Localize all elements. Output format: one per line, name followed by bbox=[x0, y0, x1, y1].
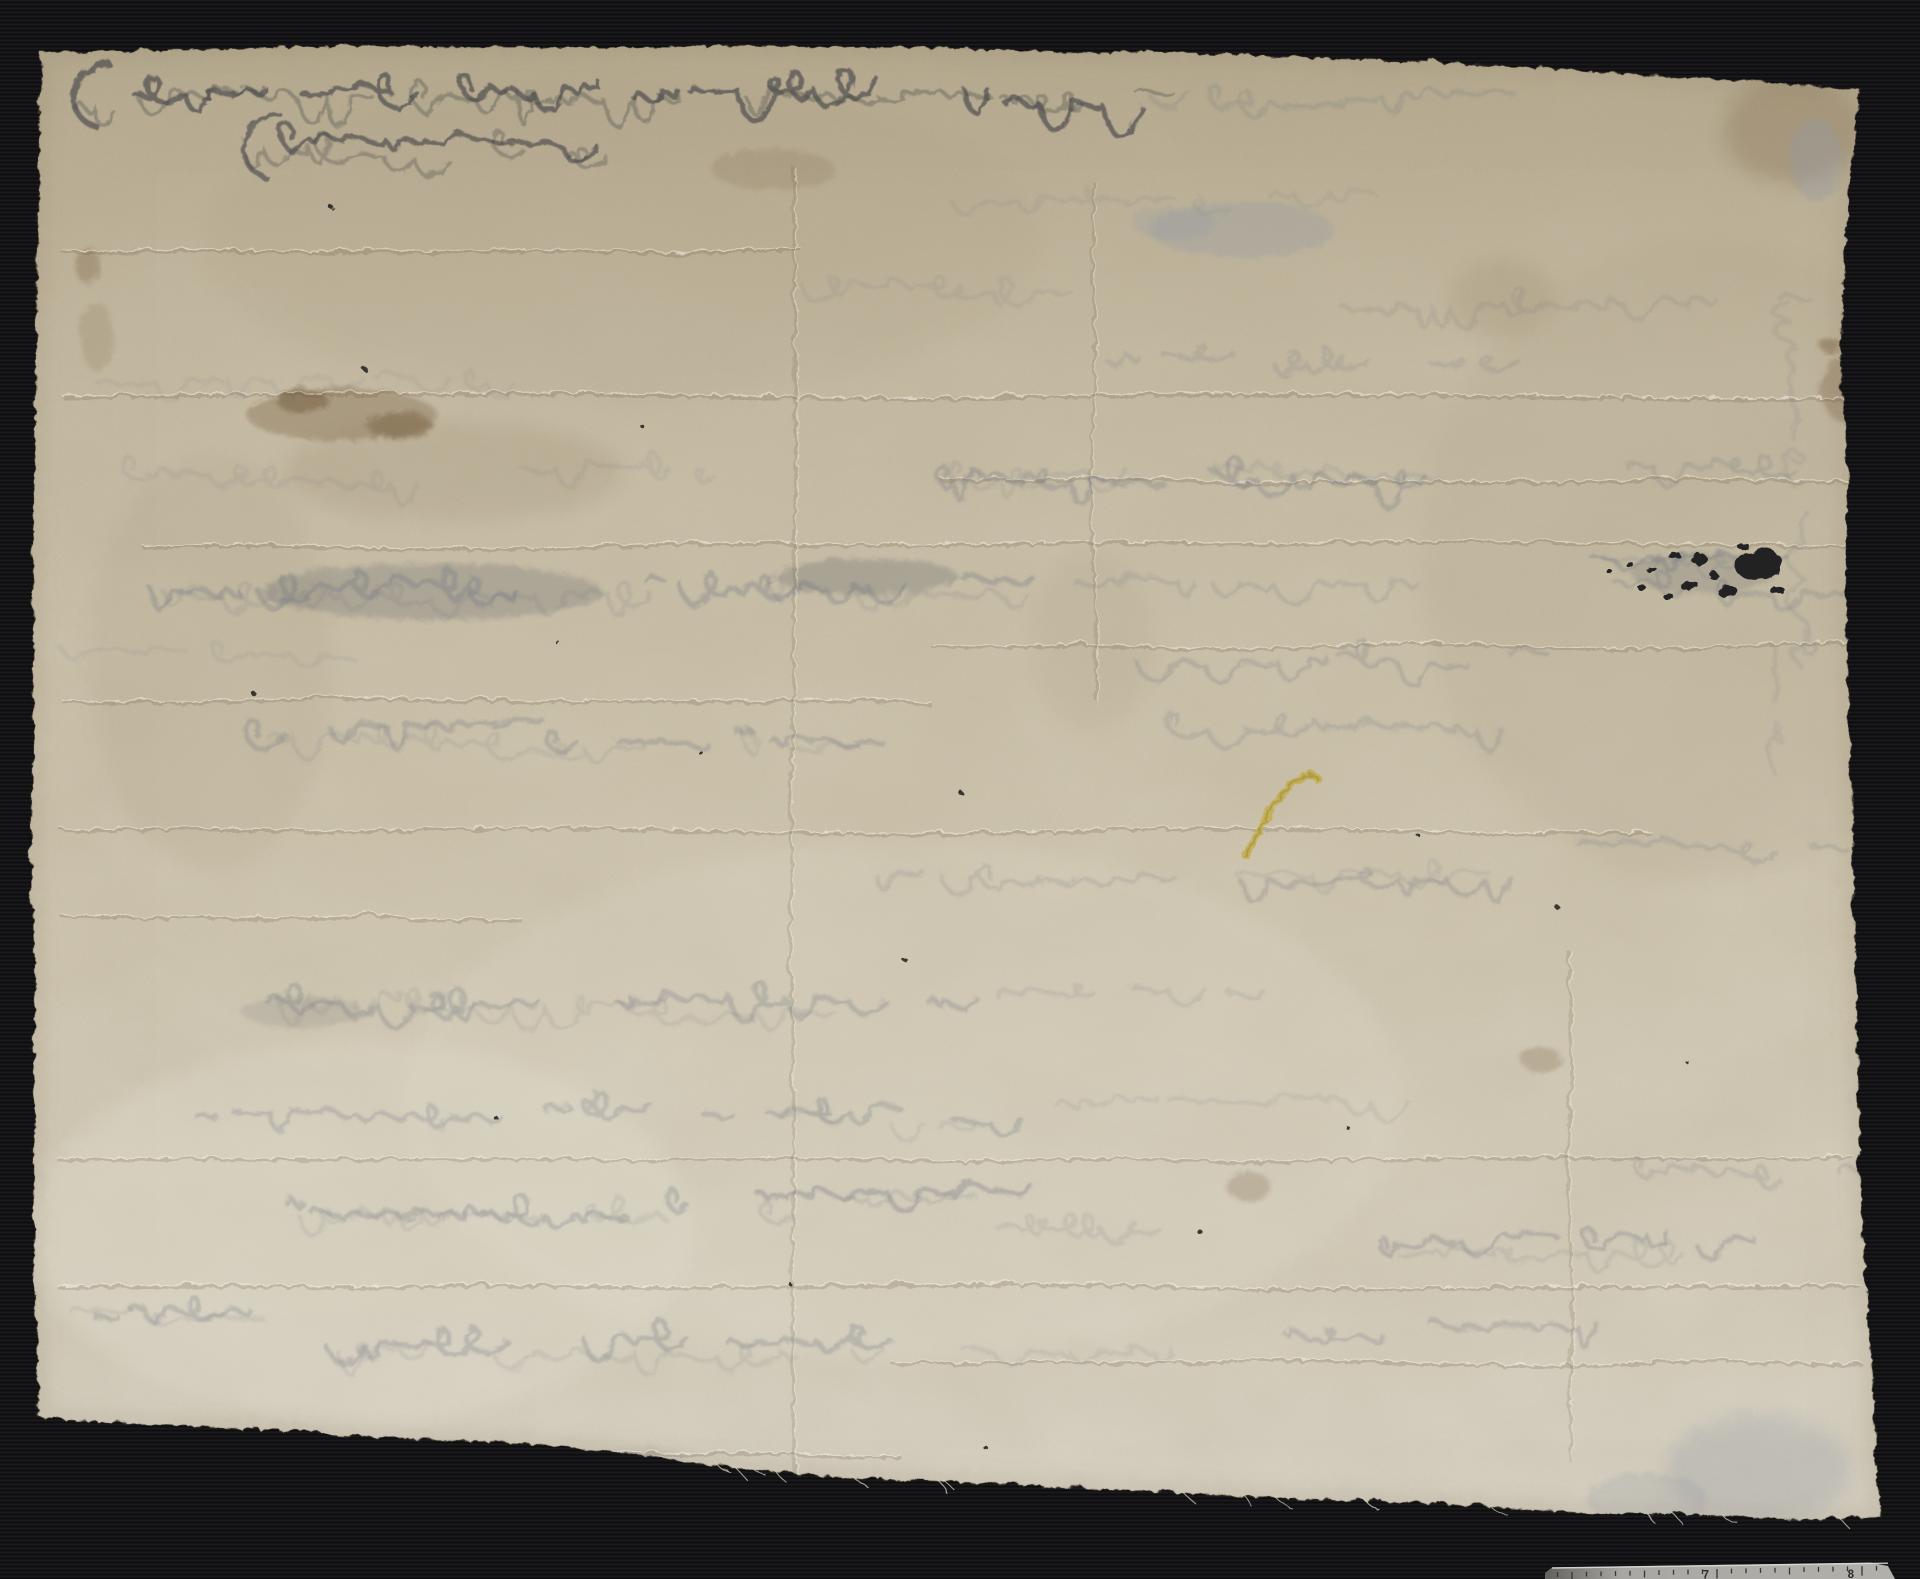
speck bbox=[958, 790, 963, 795]
ruler-number-7: 7 bbox=[1703, 1570, 1709, 1579]
ruler-number-8: 8 bbox=[1848, 1569, 1855, 1579]
speck bbox=[1683, 1058, 1686, 1061]
stain bbox=[282, 420, 622, 520]
speck bbox=[553, 638, 557, 642]
stain bbox=[79, 301, 111, 369]
stain bbox=[1520, 1045, 1560, 1071]
speck bbox=[1553, 903, 1558, 908]
speck bbox=[492, 1114, 496, 1118]
stain bbox=[1788, 118, 1840, 198]
speck bbox=[328, 204, 332, 208]
stain bbox=[1030, 550, 1150, 730]
speck bbox=[698, 750, 702, 754]
paper-sheet bbox=[0, 0, 1920, 1579]
speck bbox=[786, 1280, 789, 1283]
speck bbox=[250, 690, 255, 695]
speck bbox=[903, 958, 908, 963]
speck bbox=[1343, 1123, 1347, 1127]
speck bbox=[983, 1445, 987, 1449]
speck bbox=[361, 365, 366, 370]
speck bbox=[1198, 1230, 1203, 1235]
speck bbox=[1416, 833, 1419, 836]
stain bbox=[200, 80, 1040, 400]
manuscript-scan: 7 8 bbox=[0, 0, 1920, 1579]
speck bbox=[638, 422, 642, 426]
